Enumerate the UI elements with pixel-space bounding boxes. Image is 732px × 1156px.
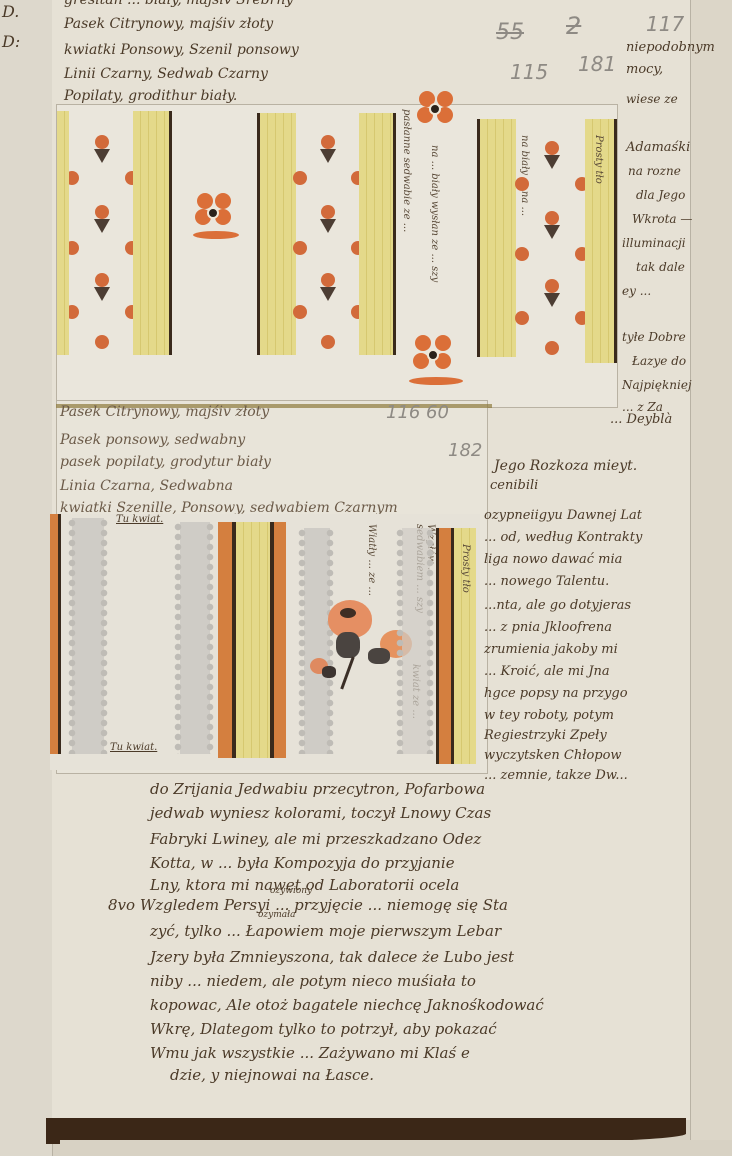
- text-line: ey ...: [622, 284, 651, 298]
- text-line: Kotta, w ... była Kompozyja do przyjanie: [150, 854, 455, 872]
- yellow-stripe: [260, 113, 296, 355]
- text-line: dzie, y niejnowai na Łasce.: [170, 1066, 374, 1084]
- red-flower-motif: [407, 333, 467, 397]
- pencil-number-181: 181: [578, 52, 616, 76]
- sample2-annotation: Wiatły ... ze ...: [366, 524, 377, 614]
- text-line: Wkrota —: [632, 212, 692, 226]
- caption-line: Pasek Citrynowy, majśiv złoty: [64, 16, 273, 32]
- text-line: ... Kroić, ale mi Jna: [484, 664, 610, 679]
- underlying-page-bottom: [60, 1140, 732, 1156]
- red-flower-motif: [411, 89, 467, 149]
- pencil-number-115: 115: [510, 60, 548, 84]
- text-line: Najpiękniej: [622, 378, 692, 392]
- text-line: kopowac, Ale otoż bagatele niechcę Jakno…: [150, 996, 544, 1014]
- text-line: Regiestrzyki Zpeły: [484, 728, 607, 743]
- text-line: hgce popsy na przygo: [484, 686, 628, 701]
- scallop-edge: [396, 528, 404, 754]
- text-line: ozypneiigyu Dawnej Lat: [484, 508, 642, 523]
- red-flower-motif: [189, 191, 245, 255]
- text-line: na rozne: [628, 164, 681, 178]
- left-margin-fragment-2: D:: [2, 32, 20, 51]
- dark-line: [58, 514, 61, 754]
- pencil-number-60: 60: [426, 402, 449, 423]
- text-line: Wkrę, Dlategom tylko to potrzył, aby pok…: [150, 1020, 497, 1038]
- text-line: cenibili: [490, 478, 538, 493]
- text-line: niepodobnym: [626, 40, 715, 55]
- text-line: illuminacji: [622, 236, 686, 250]
- pencil-number-116: 116: [386, 402, 420, 423]
- text-line: ... zemnie, takze Dw...: [484, 768, 628, 783]
- text-line: ... Deyblà: [610, 412, 672, 427]
- yellow-stripe: [57, 111, 69, 355]
- lattice-band: [297, 113, 361, 353]
- sample1-annotation: na ... biały wysłan ze ... szy: [429, 145, 440, 355]
- left-margin-fragment-1: D.: [2, 2, 19, 21]
- text-line: ... nowego Talentu.: [484, 574, 609, 589]
- text-line: ... z pnia Jkloofrena: [484, 620, 612, 635]
- text-line: ... od, według Kontrakty: [484, 530, 642, 545]
- interlinear-insertion: ozywiony: [270, 886, 312, 896]
- caption-line: Linia Czarna, Sedwabna: [60, 478, 233, 494]
- textile-sample-2: Tu kwiat. Tu kwiat. Wiatły ... ze ... Wz…: [50, 514, 480, 770]
- text-line: liga nowo dawać mia: [484, 552, 622, 567]
- text-line: Łazye do: [632, 354, 686, 368]
- text-line: mocy,: [626, 62, 663, 77]
- yellow-stripe: [133, 111, 169, 355]
- scallop-edge: [206, 522, 214, 754]
- dark-line: [169, 111, 172, 355]
- caption-line: Pasek ponsowy, sedwabny: [60, 432, 245, 448]
- left-facing-page: [0, 0, 53, 1156]
- caption-line: Popilaty, grodithur biały.: [64, 88, 237, 104]
- text-line: jedwab wyniesz kolorami, toczył Lnowy Cz…: [150, 804, 491, 822]
- caption-line: gresitan ... biały, majśiv Srebrny: [64, 0, 293, 8]
- interlinear-insertion: ozymała: [258, 910, 295, 920]
- text-line: wiese ze: [626, 92, 678, 106]
- text-line: zyć, tylko ... Łapowiem moje pierwszym L…: [150, 922, 501, 940]
- text-line: Adamaśki: [626, 140, 690, 155]
- scallop-edge: [426, 528, 434, 754]
- lattice-band: [517, 119, 587, 359]
- orange-stripe: [50, 514, 58, 754]
- scallop-edge: [100, 518, 108, 754]
- text-line: Jzery była Zmnieyszona, tak dalece że Lu…: [150, 948, 514, 966]
- right-underlying-page: [690, 0, 732, 1156]
- text-line: Fabryki Lwiney, ale mi przeszkadzano Ode…: [150, 830, 481, 848]
- text-line: Wmu jak wszystkie ... Zażywano mi Klaś e: [150, 1044, 470, 1062]
- lattice-band: [69, 113, 135, 353]
- text-line: tak dale: [636, 260, 685, 274]
- text-line: zrumienia jakoby mi: [484, 642, 618, 657]
- scallop-edge: [68, 518, 76, 754]
- pencil-number-crossed: 55: [496, 20, 524, 45]
- text-line: ...nta, ale go dotyjeras: [484, 598, 631, 613]
- text-line: tyłe Dobre: [622, 330, 686, 344]
- text-line: Jego Rozkoza mieyt.: [494, 458, 637, 474]
- caption-line: Pasek Citrynowy, majśiv złoty: [60, 404, 269, 420]
- dark-line: [614, 119, 617, 363]
- yellow-stripe: [480, 119, 516, 357]
- sample2-annotation: Tu kwiat.: [116, 514, 163, 525]
- orange-stripe: [439, 528, 451, 764]
- sample1-annotation: Prosty tło: [593, 135, 604, 215]
- pencil-number-182: 182: [448, 440, 482, 461]
- text-line: wyczytsken Chłopow: [484, 748, 622, 763]
- caption-line: kwiatki Ponsowy, Szenil ponsowy: [64, 42, 299, 58]
- pencil-number-117: 117: [646, 12, 684, 36]
- sample2-annotation: Tu kwiat.: [110, 742, 157, 753]
- text-line: dla Jego: [636, 188, 685, 202]
- orange-stripe: [218, 522, 232, 758]
- scallop-edge: [298, 528, 306, 754]
- text-line: do Zrijania Jedwabiu przecytron, Pofarbo…: [150, 780, 485, 798]
- text-line: niby ... niedem, ale potym nieco muśiała…: [150, 972, 476, 990]
- scallop-edge: [174, 522, 182, 754]
- textile-sample-1: pasłanne sedwabie ze ... na ... biały wy…: [56, 104, 618, 408]
- dark-line: [393, 113, 396, 355]
- caption-line: Linii Czarny, Sedwab Czarny: [64, 66, 268, 82]
- yellow-stripe: [359, 113, 395, 355]
- pencil-number-crossed-2: 2: [566, 12, 581, 40]
- text-line: 8vo Wzgledem Persyi ... przyjęcie ... ni…: [108, 896, 508, 914]
- text-line: w tey roboty, potym: [484, 708, 614, 723]
- yellow-stripe: [236, 522, 270, 758]
- orange-stripe: [274, 522, 286, 758]
- sample2-annotation: Prosty tło: [460, 544, 471, 614]
- caption-line: pasek popilaty, grodytur biały: [60, 454, 271, 470]
